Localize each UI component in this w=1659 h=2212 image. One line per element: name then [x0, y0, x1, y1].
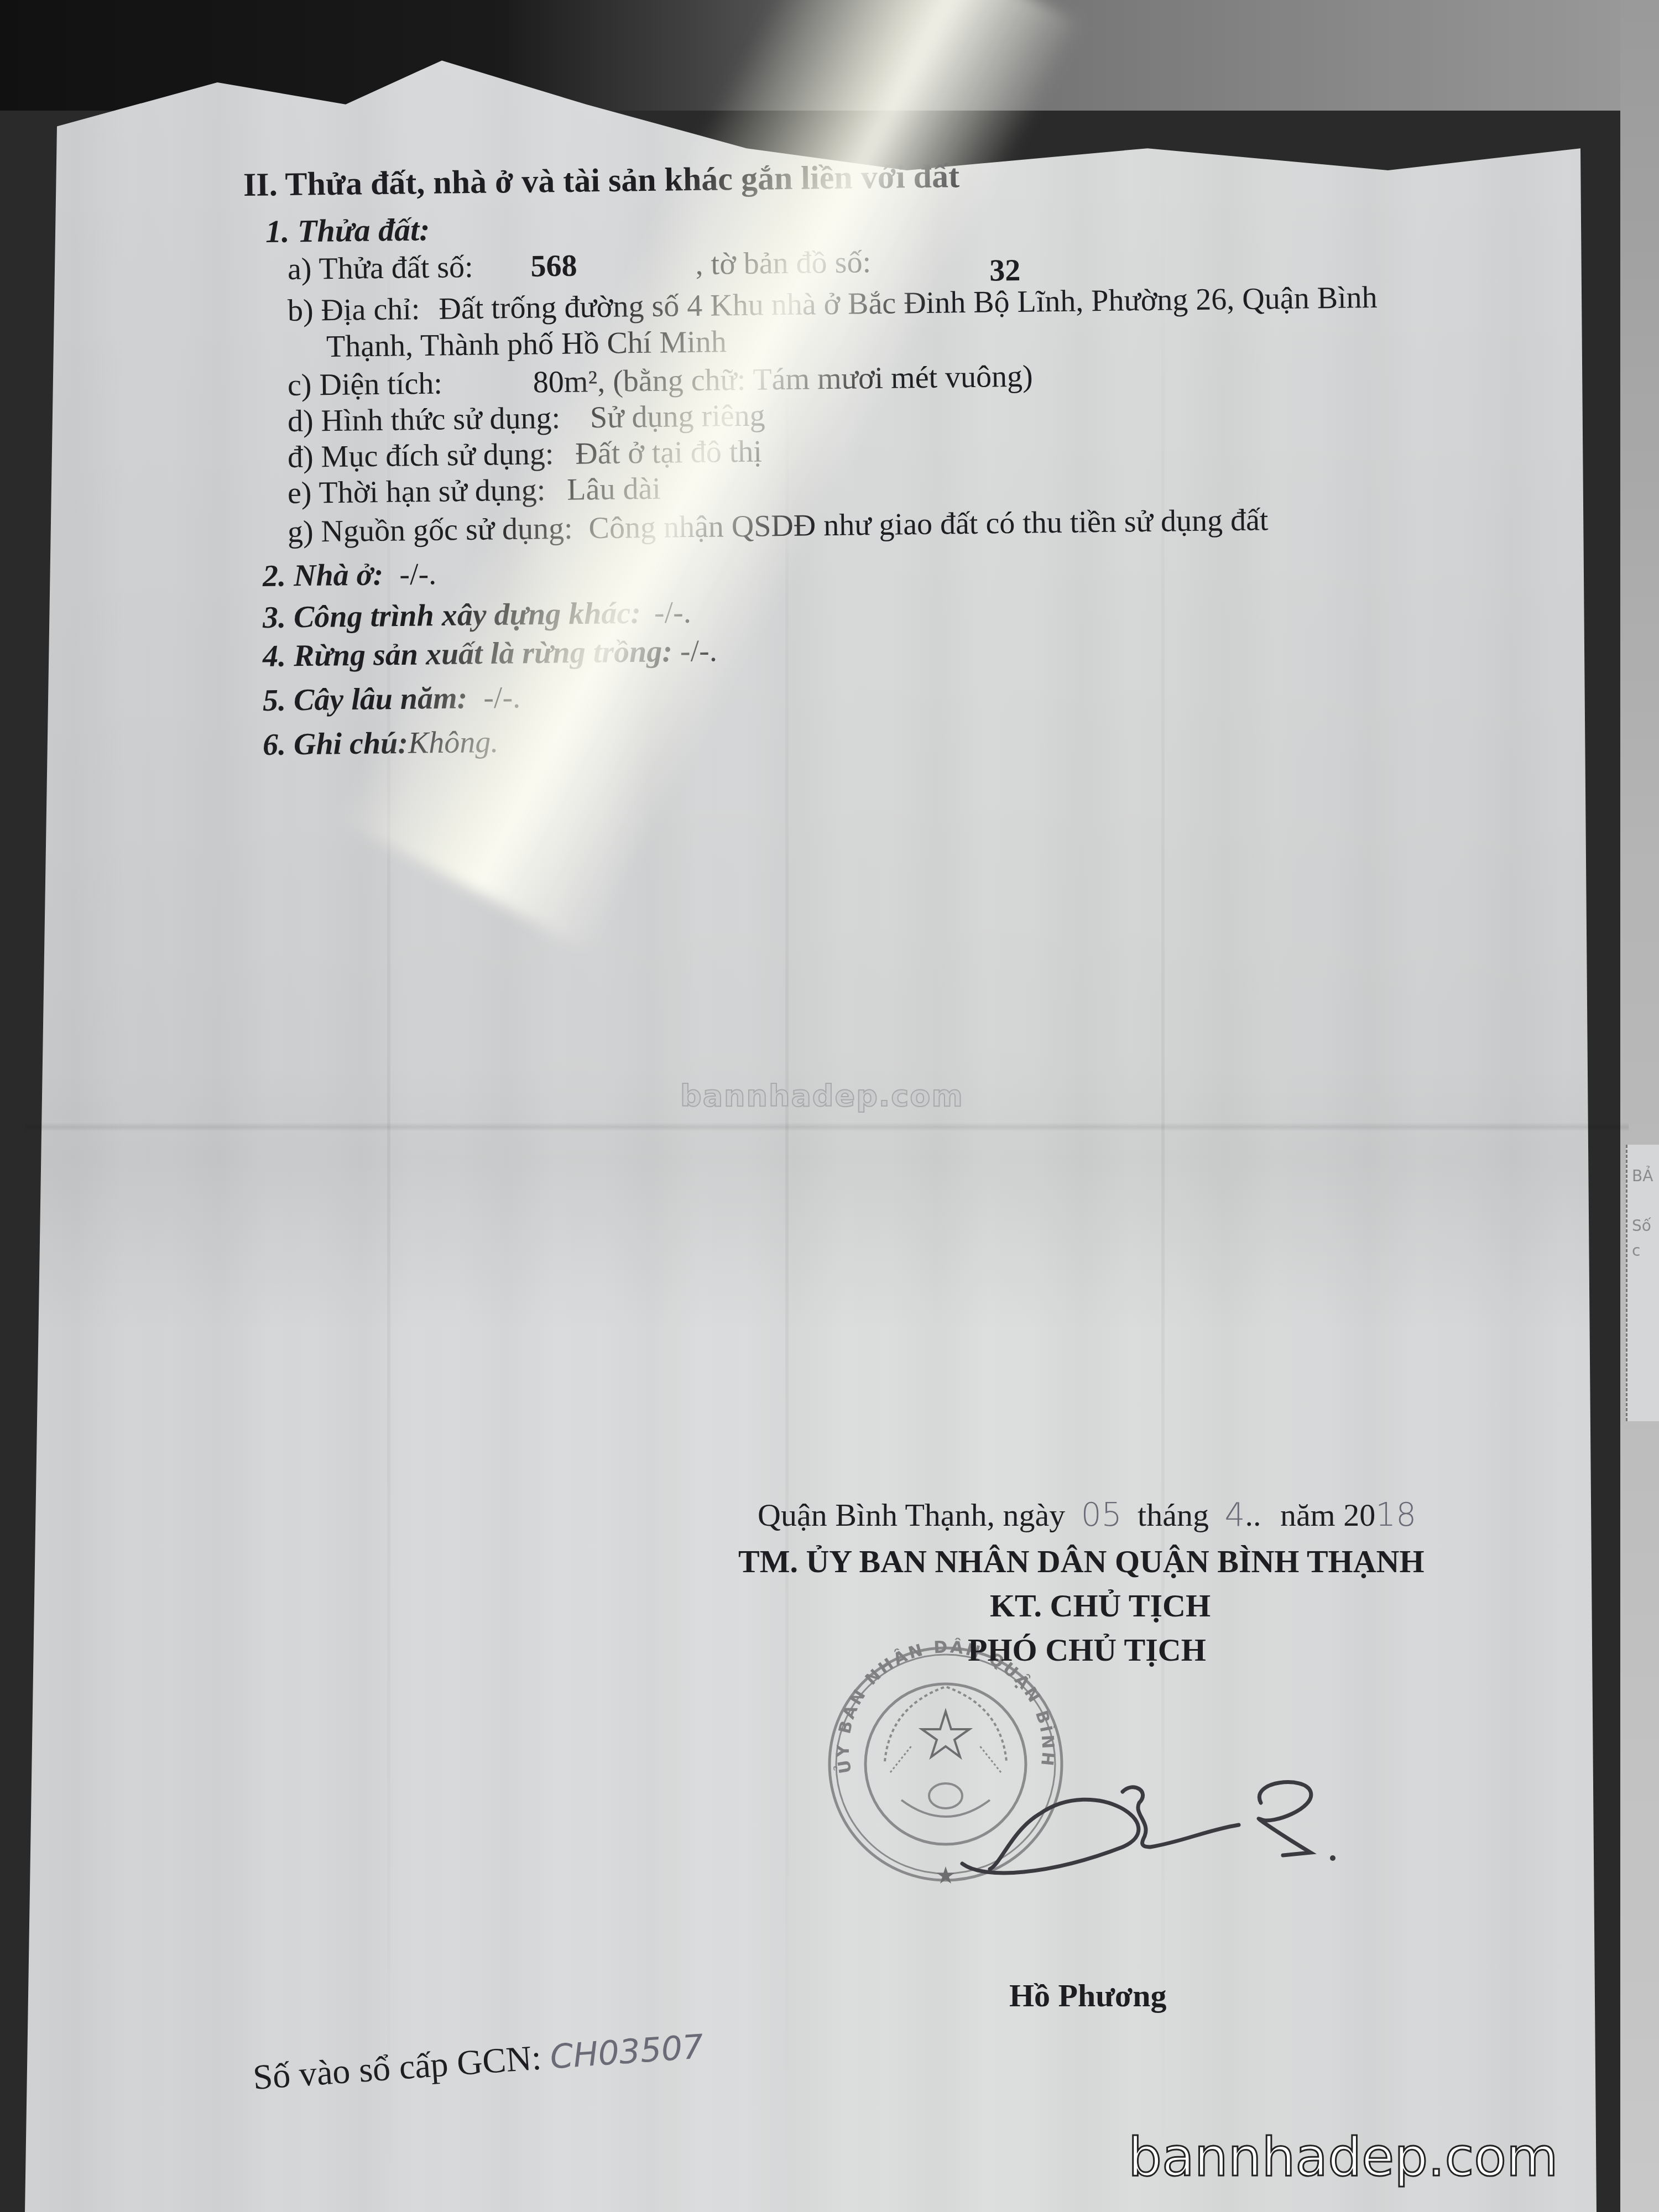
housing-value: -/-.: [399, 557, 437, 592]
perennial-trees-label: 5. Cây lâu năm:: [263, 681, 468, 718]
signer-position: PHÓ CHỦ TỊCH: [968, 1631, 1206, 1668]
paper-crease: [1161, 111, 1165, 2212]
handwritten-signature-icon: [951, 1770, 1371, 1880]
map-sheet-value: 32: [989, 253, 1021, 288]
address-value-line2: Thạnh, Thành phố Hồ Chí Minh: [326, 324, 727, 364]
issuance-day: 05: [1081, 1496, 1122, 1533]
production-forest-row: 4. Rừng sản xuất là rừng trồng: -/-.: [263, 633, 717, 674]
production-forest-value: -/-.: [680, 634, 717, 669]
usage-form-label: d) Hình thức sử dụng:: [288, 401, 561, 439]
map-sheet-label: , tờ bản đồ số:: [695, 245, 871, 281]
area-value: 80m²: [533, 364, 597, 399]
on-behalf-title: KT. CHỦ TỊCH: [990, 1587, 1211, 1624]
term-value: Lâu dài: [567, 472, 661, 507]
parcel-number-value: 568: [530, 249, 577, 284]
notes-value: Không.: [408, 725, 499, 760]
paper-fold: [25, 1123, 1629, 1131]
issuance-year-suffix: 18: [1375, 1496, 1416, 1533]
issuance-place: Quận Bình Thạnh, ngày: [758, 1497, 1065, 1533]
watermark-center: bannhadep.com: [680, 1078, 964, 1113]
usage-form-row: d) Hình thức sử dụng: Sử dụng riêng: [288, 398, 765, 439]
housing-label: 2. Nhà ở:: [263, 557, 384, 593]
month-label: tháng: [1138, 1497, 1209, 1533]
edge-text: BẢ: [1632, 1167, 1653, 1185]
address-label: b) Địa chỉ:: [288, 292, 420, 328]
origin-label: g) Nguồn gốc sử dụng:: [288, 512, 573, 549]
signer-name: Hồ Phương: [1009, 1977, 1166, 2014]
purpose-row: đ) Mục đích sử dụng: Đất ở tại đô thị: [288, 434, 763, 475]
edge-text: Số: [1632, 1217, 1651, 1235]
issuance-month: 4: [1224, 1496, 1245, 1533]
perennial-trees-value: -/-.: [483, 680, 521, 715]
other-construction-label: 3. Công trình xây dựng khác:: [263, 596, 641, 635]
parcel-number-label: a) Thửa đất số:: [288, 250, 473, 286]
background-right-surface: [1620, 0, 1659, 2212]
usage-form-value: Sử dụng riêng: [590, 398, 765, 435]
issuing-authority: TM. ỦY BAN NHÂN DÂN QUẬN BÌNH THẠNH: [738, 1543, 1425, 1580]
year-label: năm 20: [1280, 1497, 1375, 1533]
notes-row: 6. Ghi chú:Không.: [263, 724, 499, 763]
other-construction-value: -/-.: [654, 596, 691, 630]
purpose-value: Đất ở tại đô thị: [575, 435, 762, 471]
housing-row: 2. Nhà ở: -/-.: [263, 556, 437, 594]
other-construction-row: 3. Công trình xây dựng khác: -/-.: [263, 595, 691, 635]
underlying-document-edge: BẢ Số c: [1626, 1145, 1659, 1421]
land-parcel-heading: 1. Thửa đất:: [265, 211, 430, 250]
purpose-label: đ) Mục đích sử dụng:: [288, 437, 554, 474]
term-row: e) Thời hạn sử dụng: Lâu dài: [288, 471, 661, 511]
edge-text: c: [1632, 1241, 1640, 1260]
perennial-trees-row: 5. Cây lâu năm: -/-.: [263, 680, 521, 718]
production-forest-label: 4. Rừng sản xuất là rừng trồng:: [263, 634, 673, 674]
area-in-words: , (bằng chữ: Tám mươi mét vuông): [597, 359, 1033, 399]
issuance-date-line: Quận Bình Thạnh, ngày 05 tháng 4.. năm 2…: [758, 1496, 1416, 1533]
term-label: e) Thời hạn sử dụng:: [288, 473, 546, 510]
area-label: c) Diện tích:: [288, 367, 443, 403]
watermark-bottom: bannhadep.com: [1128, 2126, 1558, 2188]
notes-label: 6. Ghi chú:: [263, 726, 409, 762]
paper-crease: [785, 111, 789, 2212]
